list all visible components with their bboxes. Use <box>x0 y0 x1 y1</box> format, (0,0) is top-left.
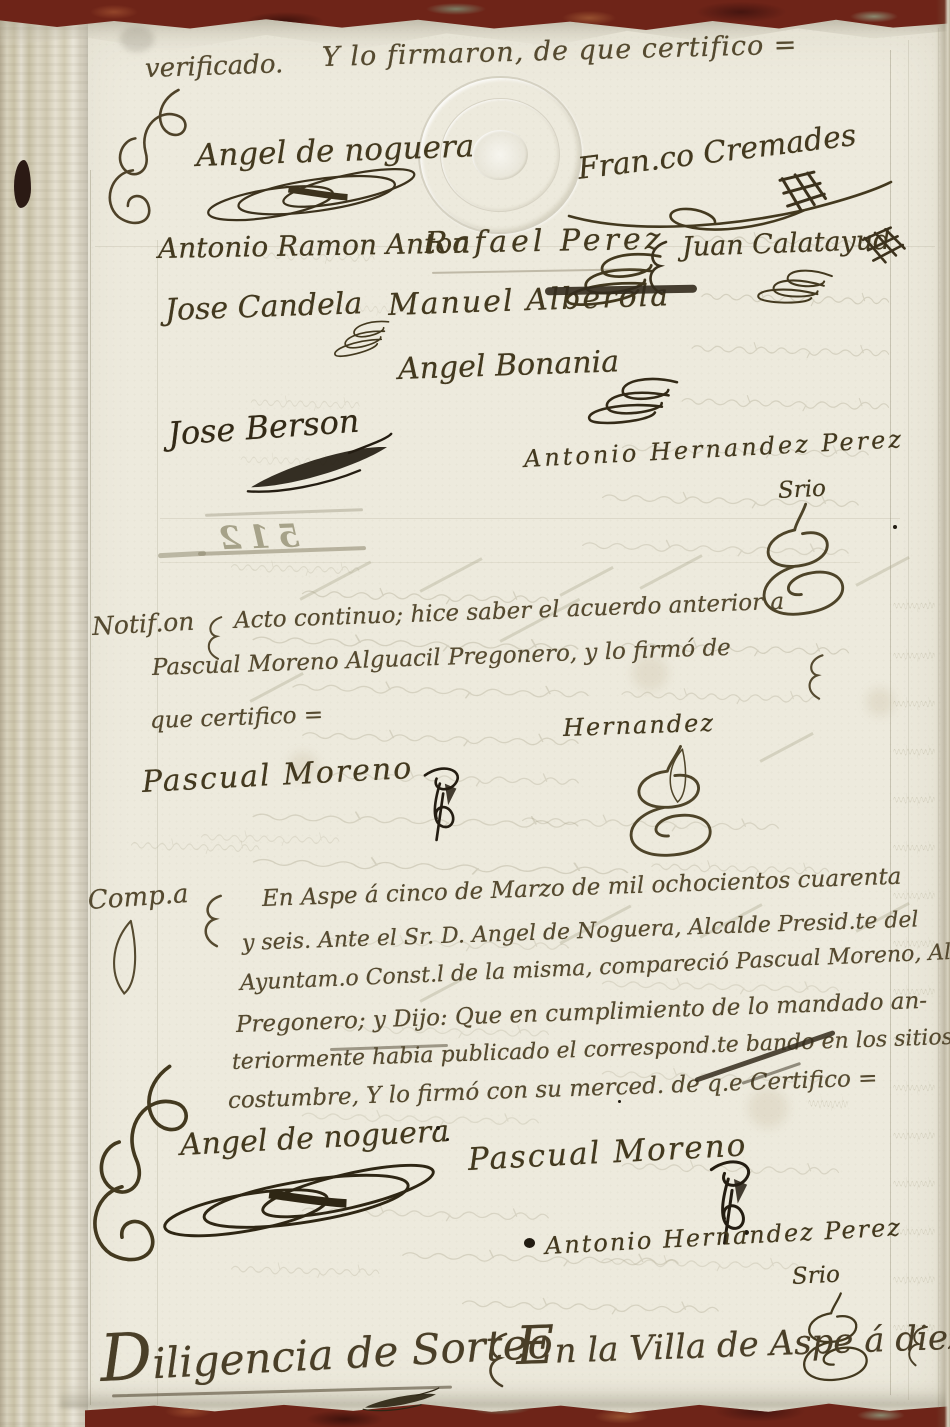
bleedthrough-margin-mark <box>893 1176 935 1190</box>
bleedthrough-line <box>230 1260 380 1280</box>
noguera-rubric <box>190 156 433 233</box>
calatayud-rubric-coil <box>741 259 839 311</box>
manuscript-scan: verificado. Y lo firmaron, de que certif… <box>0 0 950 1427</box>
bleedthrough-margin-mark <box>893 792 935 806</box>
signature-rafael-perez: Rafael Perez <box>425 222 665 261</box>
et-flourish <box>800 652 830 702</box>
ink-speck <box>446 1138 449 1141</box>
bleedthrough-line <box>290 678 590 702</box>
heading-bracket <box>480 1330 514 1390</box>
bleedthrough-stroke <box>759 732 813 762</box>
calatayud-crosshatch <box>856 224 908 272</box>
bleedthrough-line <box>690 339 890 360</box>
bleedthrough-margin-mark <box>893 888 935 902</box>
signature-hernandez: Hernandez <box>563 709 716 742</box>
bleedthrough-stroke <box>639 554 702 589</box>
ink-speck <box>618 1100 621 1103</box>
bleedthrough-margin-mark <box>893 1128 935 1142</box>
signature-antonio-ramon-anton: Antonio Ramon Anton <box>158 227 471 265</box>
bleedthrough-margin-mark <box>893 744 935 758</box>
bleedthrough-line <box>620 685 820 706</box>
secretary-rubric-notification <box>597 738 753 866</box>
ink-speck <box>436 1126 440 1130</box>
ink-drop <box>524 1238 535 1248</box>
bleedthrough-margin-mark <box>893 696 935 710</box>
certification-word: verificado. <box>144 49 283 84</box>
notification-margin-label: Notif.on <box>91 607 195 641</box>
secretary-title-bottom: Srio <box>791 1262 840 1290</box>
heading-underline-flourish <box>295 1386 505 1414</box>
bleedthrough-stroke <box>419 557 482 592</box>
bleedthrough-margin-mark <box>893 648 935 662</box>
bleedthrough-line <box>680 392 890 413</box>
ink-speck <box>893 525 897 529</box>
bleedthrough-margin-mark <box>893 840 935 854</box>
bleedthrough-line <box>808 1094 848 1111</box>
comparecencia-label-descender <box>100 898 155 1023</box>
bleedthrough-stroke <box>559 566 613 596</box>
moreno-rubric-mid <box>415 760 473 852</box>
margin-bracket <box>196 892 228 950</box>
bleedthrough-line <box>300 726 580 749</box>
bleedthrough-margin-mark <box>893 598 935 612</box>
bleedthrough-margin-mark <box>893 1080 935 1094</box>
bonania-rubric-coil <box>551 370 701 428</box>
